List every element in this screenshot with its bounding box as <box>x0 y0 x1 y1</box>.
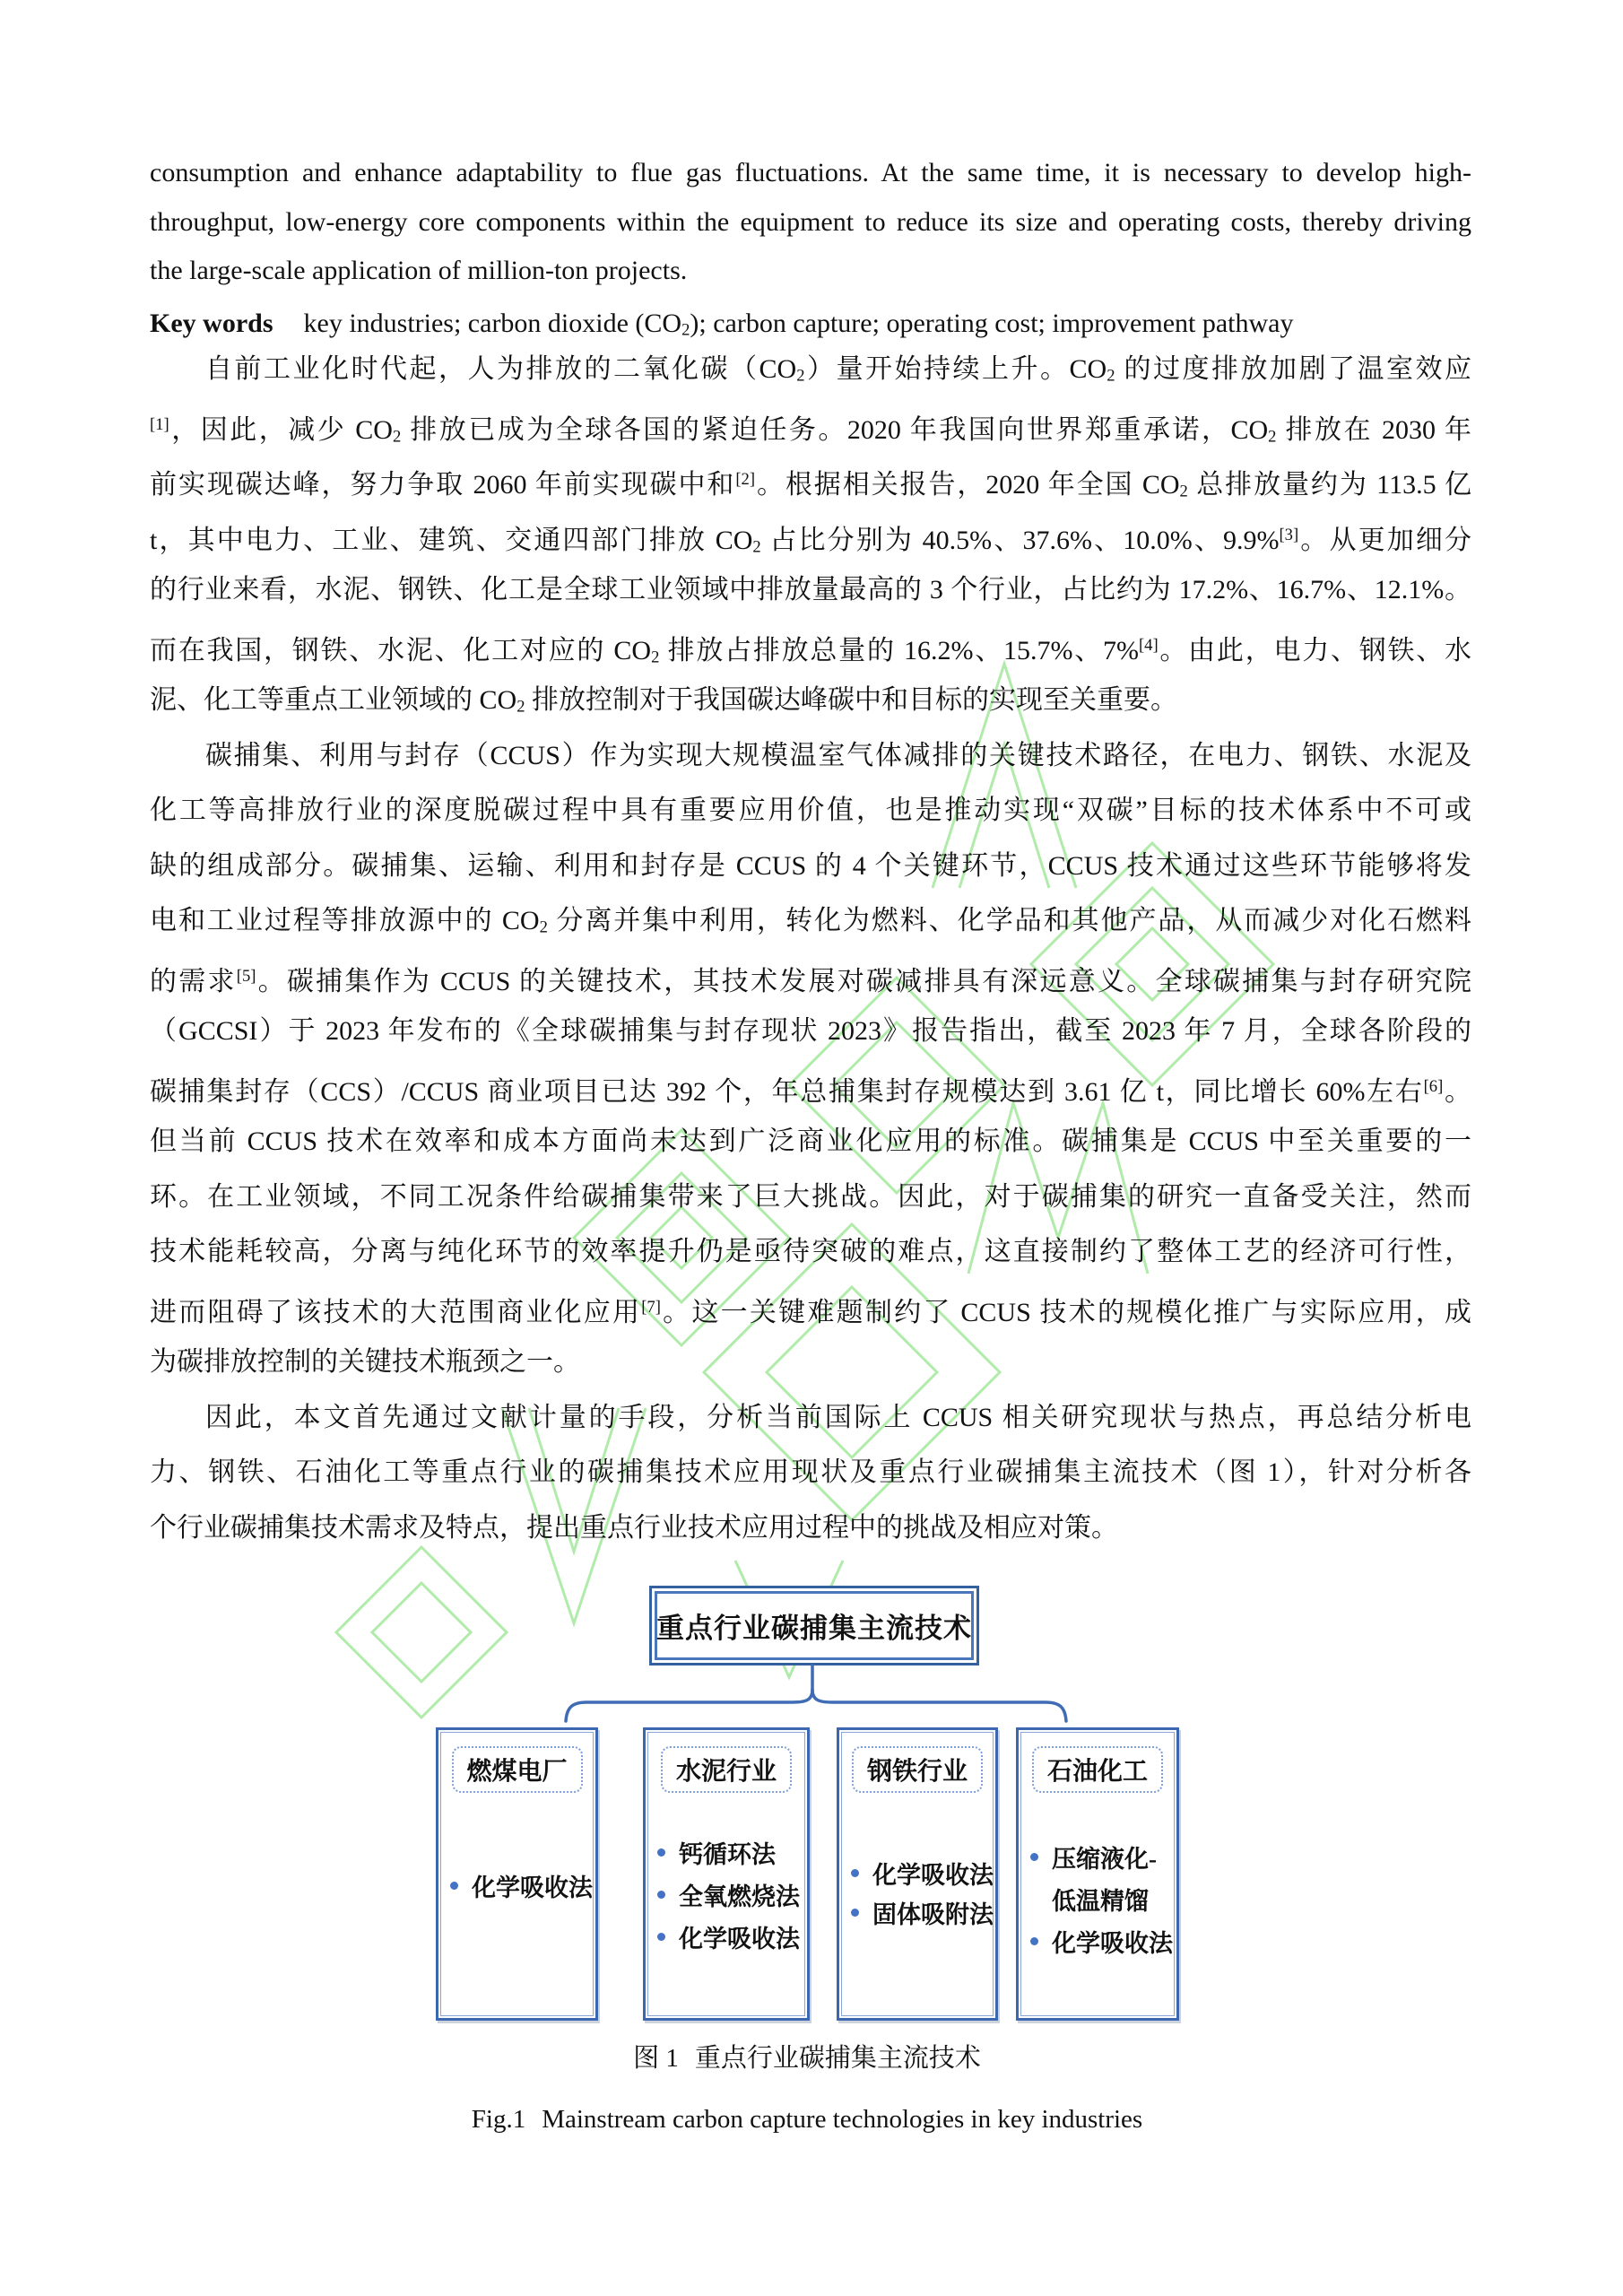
body-line: 环。在工业领域，不同工况条件给碳捕集带来了巨大挑战。因此，对于碳捕集的研究一直备… <box>150 1170 1471 1225</box>
technology-label: 低温精馏 <box>1052 1882 1149 1917</box>
technology-item: 固体吸附法 <box>839 1892 995 1932</box>
bullet-icon <box>657 1891 665 1899</box>
english-line: consumption and enhance adaptability to … <box>150 149 1471 198</box>
technology-label: 全氧燃烧法 <box>679 1877 800 1912</box>
bullet-icon <box>657 1933 665 1941</box>
technology-label: 化学吸收法 <box>872 1856 994 1891</box>
column-header-label: 钢铁行业 <box>867 1752 968 1787</box>
body-line: 技术能耗较高，分离与纯化环节的效率提升仍是亟待突破的难点，这直接制约了整体工艺的… <box>150 1224 1471 1280</box>
technology-item: 压缩液化- <box>1019 1836 1176 1878</box>
column-header-label: 水泥行业 <box>676 1752 777 1787</box>
technology-item: 钙循环法 <box>646 1831 807 1874</box>
technology-item: 化学吸收法 <box>839 1853 995 1892</box>
figure-caption-zh-label: 图 1 <box>633 2044 679 2073</box>
column-header-petrochemical: 石油化工 <box>1032 1746 1163 1793</box>
technology-label: 化学吸收法 <box>679 1919 800 1954</box>
technology-item: 低温精馏 <box>1019 1878 1176 1920</box>
body-line: 的需求[5]。碳捕集作为 CCUS 的关键技术，其技术发展对碳减排具有深远意义。… <box>150 949 1471 1004</box>
body-line: t，其中电力、工业、建筑、交通四部门排放 CO2 占比分别为 40.5%、37.… <box>150 508 1471 563</box>
bullet-icon <box>450 1882 458 1890</box>
body-line: 自前工业化时代起，人为排放的二氧化碳（CO2）量开始持续上升。CO2 的过度排放… <box>150 342 1471 397</box>
technology-label: 化学吸收法 <box>1052 1924 1173 1959</box>
bullet-icon <box>1030 1853 1038 1861</box>
body-line: 的行业来看，水泥、钢铁、化工是全球工业领域中排放量最高的 3 个行业，占比约为 … <box>150 562 1471 618</box>
bullet-icon <box>657 1848 665 1857</box>
figure-caption-en-text: Mainstream carbon capture technologies i… <box>542 2105 1142 2134</box>
column-header-label: 燃煤电厂 <box>466 1752 567 1787</box>
column-header-coal-power: 燃煤电厂 <box>452 1746 583 1793</box>
figure-caption-en: Fig.1Mainstream carbon capture technolog… <box>395 2103 1219 2135</box>
technology-label: 压缩液化- <box>1052 1839 1157 1874</box>
body-line: 电和工业过程等排放源中的 CO2 分离并集中利用，转化为燃料、化学品和其他产品，… <box>150 893 1471 949</box>
column-header-steel: 钢铁行业 <box>852 1746 983 1793</box>
figure-caption-zh-text: 重点行业碳捕集主流技术 <box>695 2044 981 2073</box>
body-line: 化工等高排放行业的深度脱碳过程中具有重要应用价值，也是推动实现“双碳”目标的技术… <box>150 783 1471 839</box>
technology-label: 钙循环法 <box>679 1835 776 1870</box>
body-line: 进而阻碍了该技术的大范围商业化应用[7]。这一关键难题制约了 CCUS 技术的规… <box>150 1280 1471 1335</box>
technology-item: 化学吸收法 <box>1019 1920 1176 1962</box>
paper-page: consumption and enhance adaptability to … <box>0 0 1623 2296</box>
body-line: 缺的组成部分。碳捕集、运输、利用和封存是 CCUS 的 4 个关键环节，CCUS… <box>150 839 1471 894</box>
keywords-text: key industries; carbon dioxide (CO2); ca… <box>304 309 1294 338</box>
technology-item: 化学吸收法 <box>438 1865 595 1907</box>
bullet-icon <box>851 1909 859 1917</box>
figure-column-steel: 钢铁行业 化学吸收法固体吸附法 <box>837 1727 998 2021</box>
body-line: 为碳排放控制的关键技术瓶颈之一。 <box>150 1335 1471 1390</box>
english-line: the large-scale application of million-t… <box>150 247 1471 296</box>
technology-label: 固体吸附法 <box>872 1895 994 1930</box>
body-line: 碳捕集、利用与封存（CCUS）作为实现大规模温室气体减排的关键技术路径，在电力、… <box>150 728 1471 784</box>
body-line: 碳捕集封存（CCS）/CCUS 商业项目已达 392 个，年总捕集封存规模达到 … <box>150 1059 1471 1115</box>
english-line: throughput, low-energy core components w… <box>150 198 1471 248</box>
body-text: 自前工业化时代起，人为排放的二氧化碳（CO2）量开始持续上升。CO2 的过度排放… <box>150 342 1471 1555</box>
keywords-line: Key wordskey industries; carbon dioxide … <box>150 300 1471 348</box>
column-header-label: 石油化工 <box>1047 1752 1148 1787</box>
bullet-icon <box>1030 1937 1038 1945</box>
keywords-label: Key words <box>150 309 273 338</box>
figure-title: 重点行业碳捕集主流技术 <box>656 1605 972 1646</box>
column-header-cement: 水泥行业 <box>661 1746 792 1793</box>
body-line: 因此，本文首先通过文献计量的手段，分析当前国际上 CCUS 相关研究现状与热点，… <box>150 1390 1471 1446</box>
english-paragraph: consumption and enhance adaptability to … <box>150 149 1471 296</box>
body-line: 个行业碳捕集技术需求及特点，提出重点行业技术应用过程中的挑战及相应对策。 <box>150 1500 1471 1556</box>
body-line: 前实现碳达峰，努力争取 2060 年前实现碳中和[2]。根据相关报告，2020 … <box>150 452 1471 508</box>
figure-column-petrochemical: 石油化工 压缩液化-低温精馏化学吸收法 <box>1016 1727 1179 2021</box>
technology-label: 化学吸收法 <box>472 1868 593 1903</box>
figure-column-cement: 水泥行业 钙循环法全氧燃烧法化学吸收法 <box>643 1727 810 2021</box>
bullet-icon <box>851 1869 859 1877</box>
figure-caption-en-label: Fig.1 <box>472 2105 525 2134</box>
body-line: [1]，因此，减少 CO2 排放已成为全球各国的紧迫任务。2020 年我国向世界… <box>150 397 1471 453</box>
body-line: （GCCSI）于 2023 年发布的《全球碳捕集与封存现状 2023》报告指出，… <box>150 1004 1471 1059</box>
body-line: 力、钢铁、石油化工等重点行业的碳捕集技术应用现状及重点行业碳捕集主流技术（图 1… <box>150 1445 1471 1500</box>
technology-item: 全氧燃烧法 <box>646 1874 807 1916</box>
body-line: 而在我国，钢铁、水泥、化工对应的 CO2 排放占排放总量的 16.2%、15.7… <box>150 618 1471 674</box>
figure-column-coal-power: 燃煤电厂 化学吸收法 <box>436 1727 598 2021</box>
body-line: 但当前 CCUS 技术在效率和成本方面尚未达到广泛商业化应用的标准。碳捕集是 C… <box>150 1114 1471 1170</box>
figure-title-box: 重点行业碳捕集主流技术 <box>649 1586 979 1665</box>
body-line: 泥、化工等重点工业领域的 CO2 排放控制对于我国碳达峰碳中和目标的实现至关重要… <box>150 673 1471 728</box>
figure-caption-zh: 图 1重点行业碳捕集主流技术 <box>395 2042 1219 2074</box>
technology-item: 化学吸收法 <box>646 1916 807 1958</box>
